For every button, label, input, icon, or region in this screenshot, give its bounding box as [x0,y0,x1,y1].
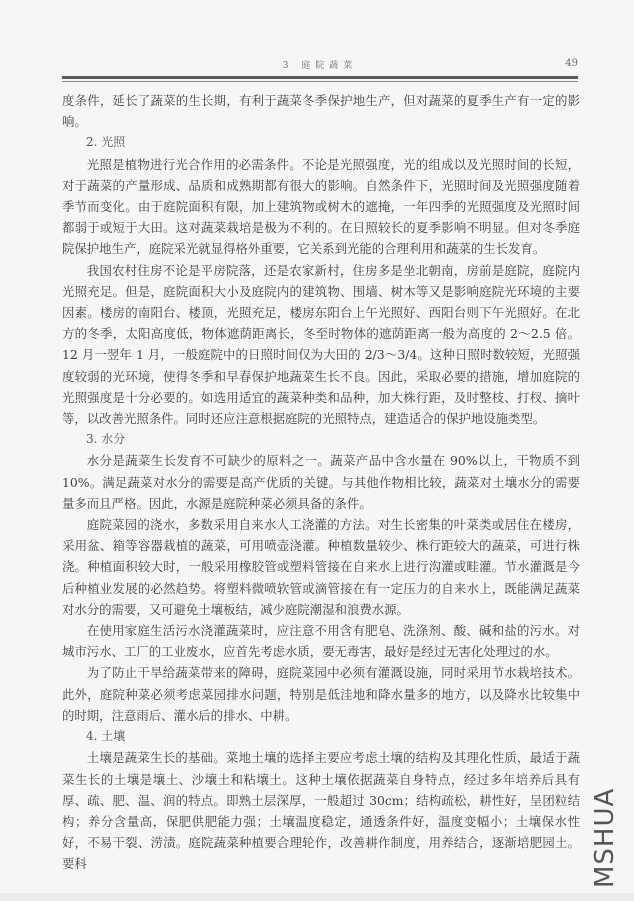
paragraph: 光照是植物进行光合作用的必需条件。不论是光照强度，光的组成以及光照时间的长短，对… [62,154,580,260]
page-edge [0,893,634,901]
paragraph: 在使用家庭生活污水浇灌蔬菜时，应注意不用含有肥皂、洗涤剂、酸、碱和盐的污水。对城… [62,620,580,662]
book-page: 3 庭院蔬菜 49 度条件，延长了蔬菜的生长期，有利于蔬菜冬季保护地生产，但对蔬… [0,0,634,901]
running-head: 3 庭院蔬菜 49 [62,58,578,74]
page-number: 49 [565,58,578,69]
paragraph: 我国农村住房不论是平房院落，还是农家新村，住房多是坐北朝南，房前是庭院，庭院内光… [62,260,580,430]
body-text: 度条件，延长了蔬菜的生长期，有利于蔬菜冬季保护地生产，但对蔬菜的夏季生产有一定的… [62,90,580,875]
header-rule-thick [62,76,578,79]
watermark: MSHUA [590,778,630,888]
paragraph: 土壤是蔬菜生长的基础。菜地土壤的选择主要应考虑土壤的结构及其理化性质，最适于蔬菜… [62,747,580,874]
paragraph: 为了防止干旱给蔬菜带来的障碍，庭院菜园中必须有灌溉设施，同时采用节水栽培技术。此… [62,662,580,726]
section-heading-light: 2. 光照 [62,132,580,153]
section-heading-water: 3. 水分 [62,429,580,450]
paragraph: 水分是蔬菜生长发育不可缺少的原料之一。蔬菜产品中含水量在 90%以上，干物质不到… [62,450,580,514]
paragraph: 庭院菜园的浇水，多数采用自来水人工浇灌的方法。对生长密集的叶菜类或居住在楼房，采… [62,514,580,620]
paragraph-continued: 度条件，延长了蔬菜的生长期，有利于蔬菜冬季保护地生产，但对蔬菜的夏季生产有一定的… [62,90,580,132]
section-heading-soil: 4. 土壤 [62,726,580,747]
header-rule-thin [62,81,578,82]
chapter-title: 3 庭院蔬菜 [62,58,578,71]
